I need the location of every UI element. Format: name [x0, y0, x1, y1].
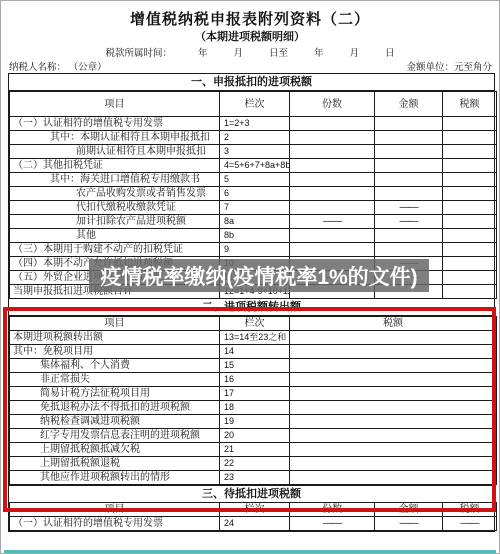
row-value-amount	[375, 243, 443, 257]
column-header-tax: 税额	[290, 317, 497, 331]
column-header-amount: 金额	[375, 503, 443, 517]
row-value-shares	[290, 117, 375, 131]
row-line-number: 1=2+3	[220, 117, 290, 131]
row-label: （三）本期用于购建不动产的扣税凭证	[10, 243, 220, 257]
row-value-shares	[290, 243, 375, 257]
row-value-tax	[290, 373, 497, 387]
row-value-shares: ——	[290, 215, 375, 229]
column-header-line: 栏次	[220, 317, 290, 331]
row-value-tax	[443, 285, 497, 299]
row-value-amount: ——	[375, 201, 443, 215]
row-line-number: 8a	[220, 215, 290, 229]
form-subtitle: （本期进项税额明细）	[1, 28, 499, 44]
row-line-number: 15	[220, 359, 290, 373]
period-month-2: 月	[350, 45, 360, 59]
row-label: 简易计税方法征税项目用	[10, 387, 220, 401]
table-row: 代扣代缴税收缴款凭证7——	[10, 201, 497, 215]
row-label: 其中：免税项目用	[10, 345, 220, 359]
row-value-tax	[290, 387, 497, 401]
row-value-amount	[375, 229, 443, 243]
table-row: 免抵退税办法不得抵扣的进项税额18	[10, 401, 497, 415]
row-line-number: 24	[220, 517, 290, 531]
row-value-amount	[375, 117, 443, 131]
table-row: 上期留抵税额抵减欠税21	[10, 443, 497, 457]
column-header-item: 项目	[10, 92, 220, 117]
row-label: 纳税检查调减进项税额	[10, 415, 220, 429]
row-value-tax	[443, 159, 497, 173]
table-row: 其中：海关进口增值税专用缴款书5	[10, 173, 497, 187]
row-value-tax	[290, 331, 497, 345]
column-header-item: 项目	[10, 317, 220, 331]
row-value-amount	[375, 131, 443, 145]
row-line-number: 21	[220, 443, 290, 457]
table-row: 上期留抵税额退税22	[10, 457, 497, 471]
section3-header-row: 项目 栏次 份数 金额 税额	[10, 503, 497, 517]
taxpayer-name-label: 纳税人名称： （公章）	[9, 59, 107, 73]
row-value-tax	[443, 271, 497, 285]
row-value-tax	[443, 187, 497, 201]
row-line-number: 17	[220, 387, 290, 401]
row-line-number: 16	[220, 373, 290, 387]
row-line-number: 5	[220, 173, 290, 187]
period-year-2: 年	[314, 45, 324, 59]
row-value-tax	[443, 257, 497, 271]
row-label: 农产品收购发票或者销售发票	[10, 187, 220, 201]
form-page: 增值税纳税申报表附列资料（二） （本期进项税额明细） 税款所属时间：年月日至年月…	[0, 0, 500, 554]
row-value-shares	[290, 201, 375, 215]
table-row: 本期进项税额转出额13=14至23之和	[10, 331, 497, 345]
row-label: （二）其他扣税凭证	[10, 159, 220, 173]
period-day-to: 日至	[269, 45, 288, 59]
watermark-overlay-band: 疫情税率缴纳(疫情税率1%的文件)	[89, 259, 429, 292]
row-value-tax	[443, 229, 497, 243]
row-label: 集体福利、个人消费	[10, 359, 220, 373]
row-line-number: 18	[220, 401, 290, 415]
column-header-tax: 税额	[443, 92, 497, 117]
table-row: 非正常损失16	[10, 373, 497, 387]
tax-period-line: 税款所属时间：年月日至年月日	[1, 45, 499, 59]
row-value-shares: ——	[290, 517, 375, 531]
section1-bar: 一、申报抵扣的进项税额	[9, 74, 494, 91]
row-value-amount	[375, 145, 443, 159]
row-value-amount	[375, 159, 443, 173]
row-line-number: 14	[220, 345, 290, 359]
table-row: 纳税检查调减进项税额19	[10, 415, 497, 429]
bottom-teal-line	[4, 550, 496, 554]
row-value-shares	[290, 131, 375, 145]
row-value-shares	[290, 145, 375, 159]
row-value-amount: ——	[375, 215, 443, 229]
column-header-tax: 税额	[443, 503, 497, 517]
row-line-number: 20	[220, 429, 290, 443]
row-value-tax: ——	[443, 517, 497, 531]
row-line-number: 2	[220, 131, 290, 145]
amount-unit-label: 金额单位：元至角分	[406, 59, 492, 73]
row-label: 免抵退税办法不得抵扣的进项税额	[10, 401, 220, 415]
period-year-1: 年	[198, 45, 208, 59]
table-row: 其中：免税项目用14	[10, 345, 497, 359]
row-line-number: 3	[220, 145, 290, 159]
row-value-tax	[290, 443, 497, 457]
row-label: 上期留抵税额退税	[10, 457, 220, 471]
table-row: 农产品收购发票或者销售发票6	[10, 187, 497, 201]
row-value-tax	[290, 345, 497, 359]
row-value-shares	[290, 173, 375, 187]
column-header-line: 栏次	[220, 92, 290, 117]
period-day-2: 日	[385, 45, 395, 59]
table-row: 前期认证相符且本期申报抵扣3	[10, 145, 497, 159]
table-row: 其中：本期认证相符且本期申报抵扣2	[10, 131, 497, 145]
row-value-tax	[443, 201, 497, 215]
row-label: （一）认证相符的增值税专用发票	[10, 517, 220, 531]
row-value-tax	[443, 173, 497, 187]
section3-bar: 三、待抵扣进项税额	[9, 485, 494, 502]
row-line-number: 8b	[220, 229, 290, 243]
row-value-tax	[290, 401, 497, 415]
table-row: （一）认证相符的增值税专用发票24——————	[10, 517, 497, 531]
form-title: 增值税纳税申报表附列资料（二）	[1, 8, 499, 29]
row-label: 非正常损失	[10, 373, 220, 387]
column-header-line: 栏次	[220, 503, 290, 517]
table-row: （一）认证相符的增值税专用发票1=2+3	[10, 117, 497, 131]
row-line-number: 22	[220, 457, 290, 471]
row-label: 其中：海关进口增值税专用缴款书	[10, 173, 220, 187]
row-label: 红字专用发票信息表注明的进项税额	[10, 429, 220, 443]
row-label: 其中：本期认证相符且本期申报抵扣	[10, 131, 220, 145]
row-value-tax	[443, 131, 497, 145]
row-label: 加计扣除农产品进项税额	[10, 215, 220, 229]
tax-period-label: 税款所属时间：	[105, 48, 172, 59]
table-row: 简易计税方法征税项目用17	[10, 387, 497, 401]
table-row: 其他8b	[10, 229, 497, 243]
row-label: 本期进项税额转出额	[10, 331, 220, 345]
row-line-number: 7	[220, 201, 290, 215]
row-value-amount: ——	[375, 517, 443, 531]
row-value-tax	[290, 415, 497, 429]
form-table: 一、申报抵扣的进项税额 项目 栏次 份数 金额 税额 （一）认证相符的增值税专用…	[8, 73, 495, 532]
table-row: （三）本期用于购建不动产的扣税凭证9	[10, 243, 497, 257]
row-value-tax	[290, 359, 497, 373]
row-label: 上期留抵税额抵减欠税	[10, 443, 220, 457]
table-row: 红字专用发票信息表注明的进项税额20	[10, 429, 497, 443]
column-header-amount: 金额	[375, 92, 443, 117]
period-month-1: 月	[233, 45, 243, 59]
row-label: 其他	[10, 229, 220, 243]
row-line-number: 4=5+6+7+8a+8b	[220, 159, 290, 173]
row-value-tax	[290, 471, 497, 485]
row-value-tax	[443, 117, 497, 131]
column-header-copies: 份数	[290, 503, 375, 517]
row-line-number: 6	[220, 187, 290, 201]
row-label: 代扣代缴税收缴款凭证	[10, 201, 220, 215]
watermark-overlay-text: 疫情税率缴纳(疫情税率1%的文件)	[100, 261, 417, 291]
meta-line: 纳税人名称： （公章） 金额单位：元至角分	[9, 59, 492, 73]
row-line-number: 9	[220, 243, 290, 257]
row-value-tax	[443, 145, 497, 159]
section2-header-row: 项目 栏次 税额	[10, 317, 497, 331]
row-value-amount	[375, 173, 443, 187]
column-header-item: 项目	[10, 503, 220, 517]
section2-bar: 二、进项税额转出额	[9, 299, 494, 316]
section3-table: 项目 栏次 份数 金额 税额 （一）认证相符的增值税专用发票24——————	[9, 502, 497, 531]
row-value-shares	[290, 229, 375, 243]
row-value-tax	[443, 243, 497, 257]
row-value-tax	[290, 429, 497, 443]
row-value-tax	[290, 457, 497, 471]
row-label: （一）认证相符的增值税专用发票	[10, 117, 220, 131]
row-value-tax	[443, 215, 497, 229]
row-label: 前期认证相符且本期申报抵扣	[10, 145, 220, 159]
table-row: 其他应作进项税额转出的情形23	[10, 471, 497, 485]
row-label: 其他应作进项税额转出的情形	[10, 471, 220, 485]
row-value-shares	[290, 187, 375, 201]
table-row: 加计扣除农产品进项税额8a————	[10, 215, 497, 229]
section2-table: 项目 栏次 税额 本期进项税额转出额13=14至23之和其中：免税项目用14集体…	[9, 316, 497, 485]
row-value-shares	[290, 159, 375, 173]
row-line-number: 23	[220, 471, 290, 485]
column-header-copies: 份数	[290, 92, 375, 117]
row-line-number: 13=14至23之和	[220, 331, 290, 345]
row-line-number: 19	[220, 415, 290, 429]
section1-header-row: 项目 栏次 份数 金额 税额	[10, 92, 497, 117]
row-value-amount	[375, 187, 443, 201]
table-row: 集体福利、个人消费15	[10, 359, 497, 373]
table-row: （二）其他扣税凭证4=5+6+7+8a+8b	[10, 159, 497, 173]
